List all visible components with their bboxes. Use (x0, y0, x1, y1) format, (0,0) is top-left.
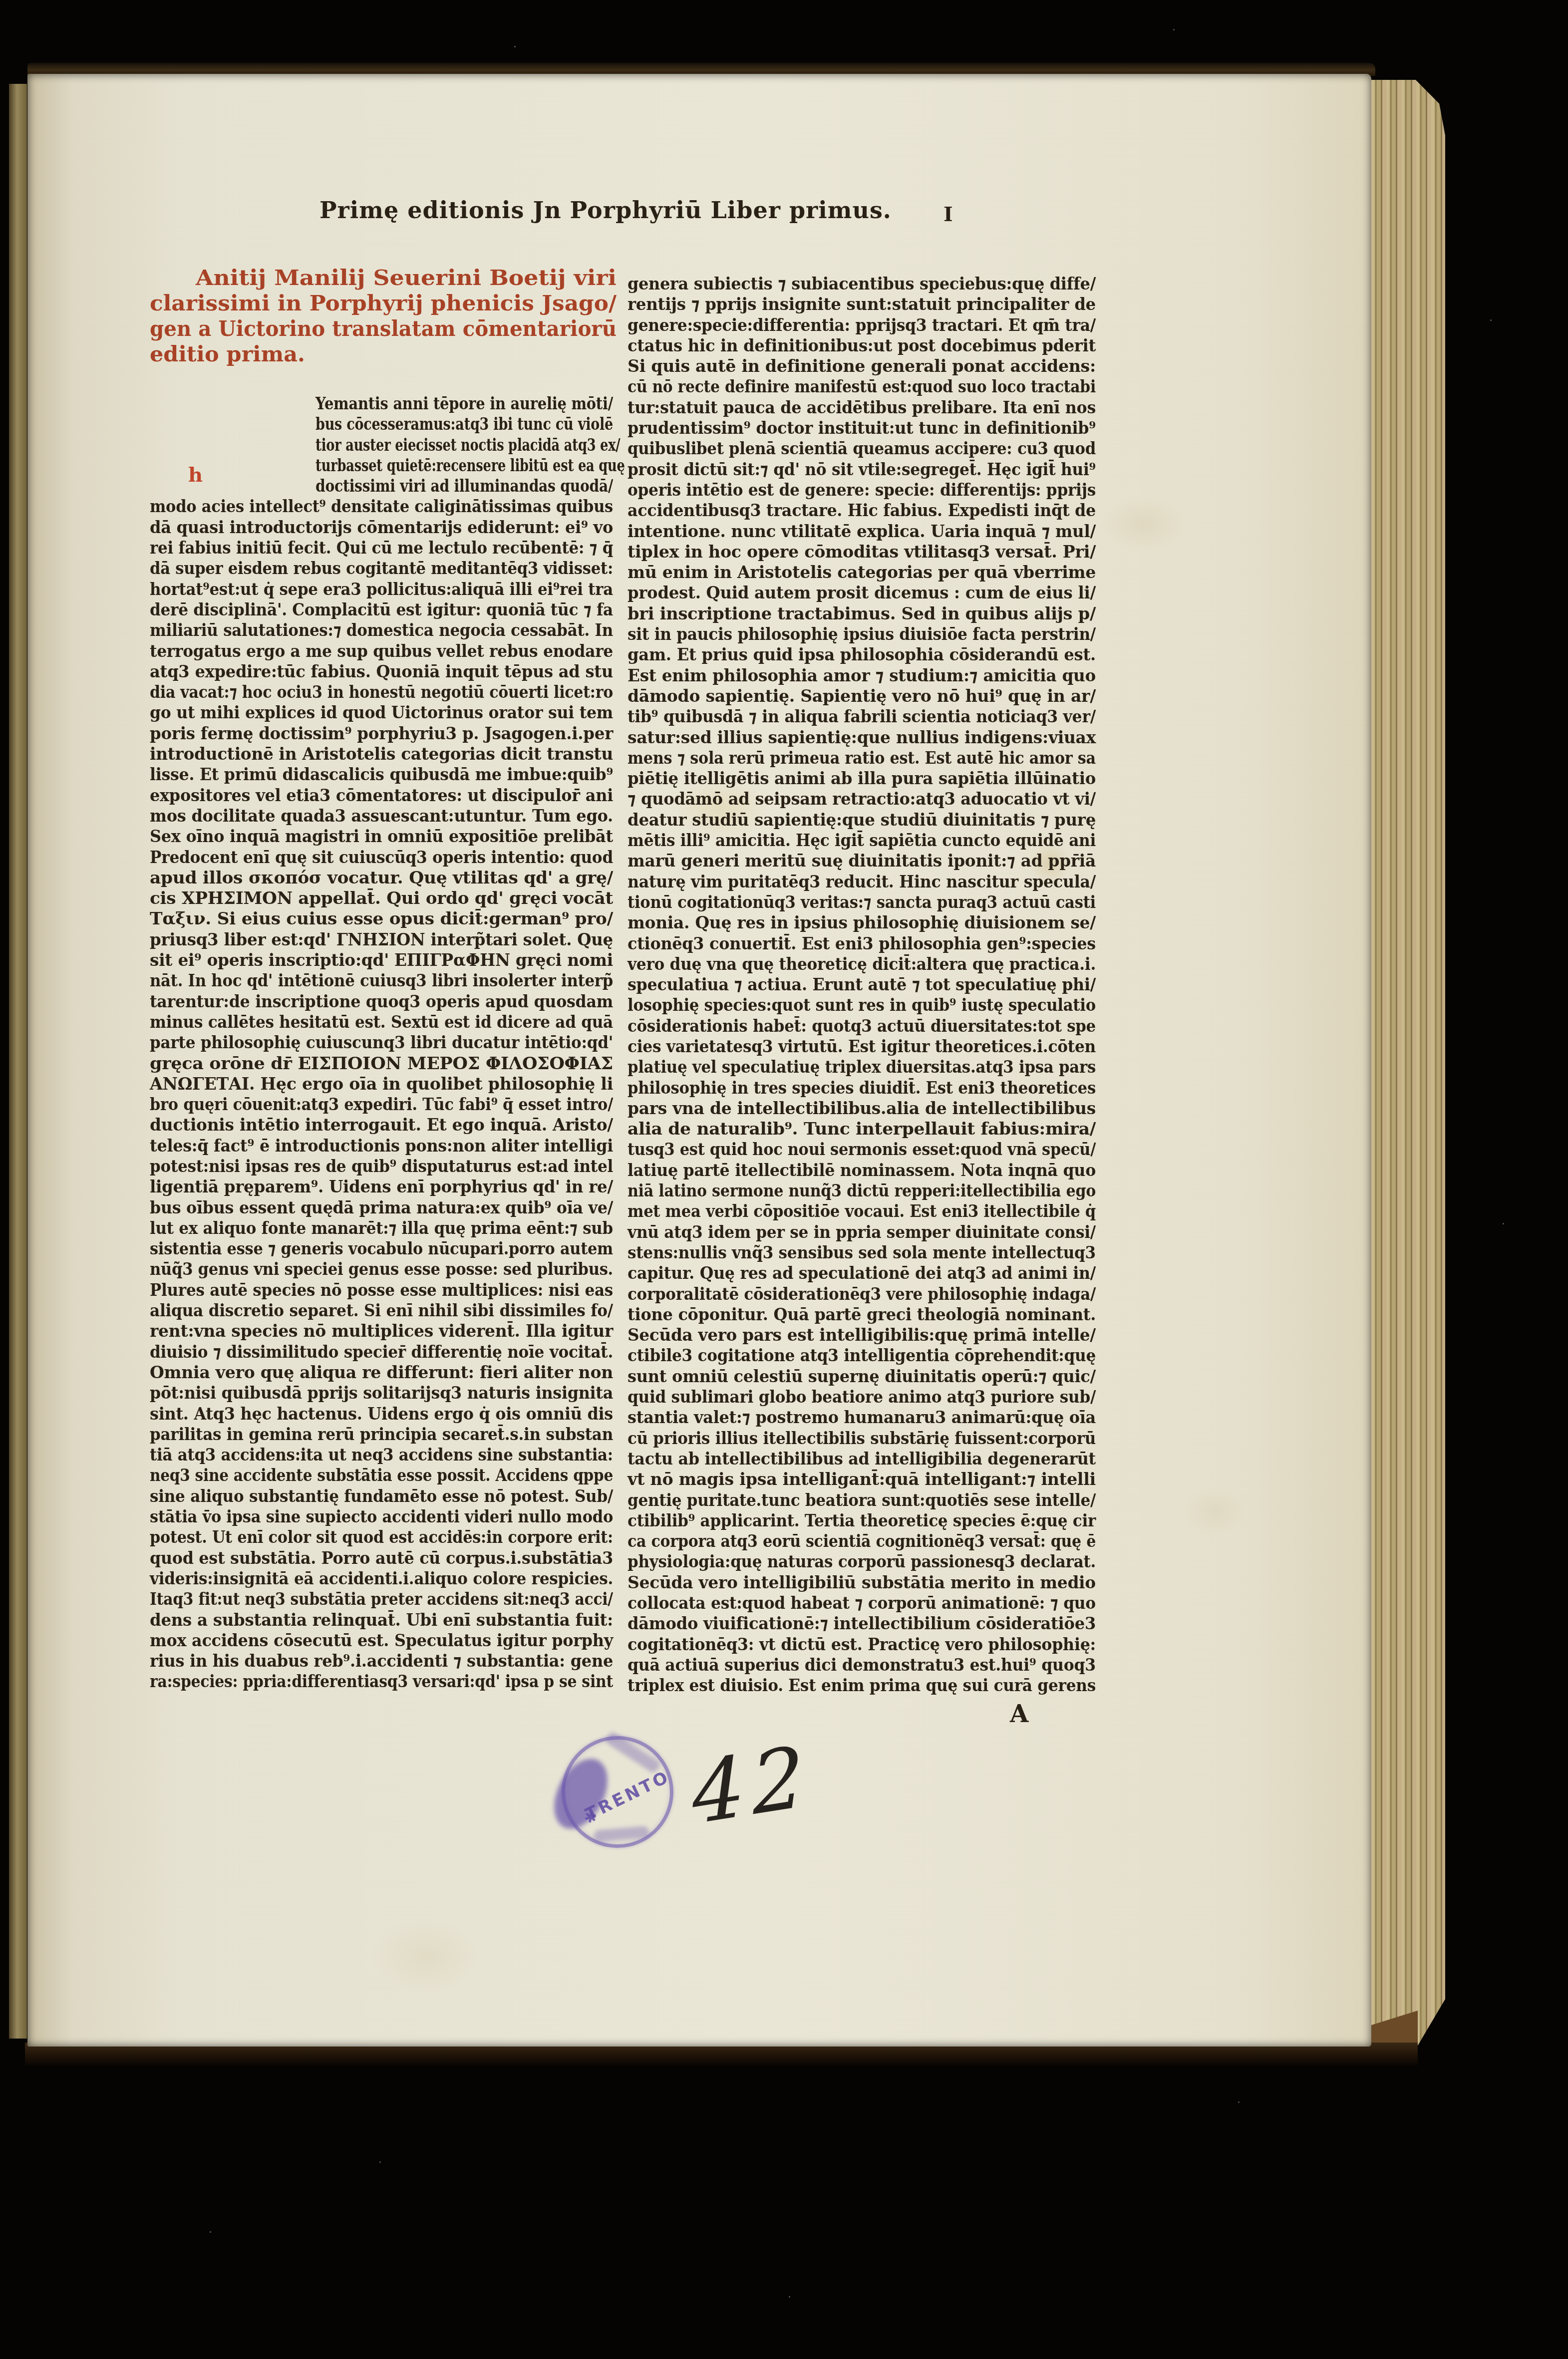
text-line: vero duę vna quę theoreticę dicit̄:alter… (627, 954, 1096, 974)
text-line: apud illos σκοπόσ vocatur. Quę vtilitas … (150, 868, 613, 888)
book-page: Primę editionis Jn Porphyriū Liber primu… (27, 74, 1371, 2047)
text-line: mos docilitate quada3 assuescant:utuntur… (150, 806, 613, 826)
dust-speck (1490, 319, 1492, 321)
text-line: bus cōcesseramus:atq3 ibi tunc cū violē (150, 414, 613, 434)
text-line: accidentibusq3 tractare. Hic fabius. Exp… (627, 500, 1096, 521)
dust-speck (1173, 29, 1175, 30)
text-line: genere:specie:differentia: pprijsq3 trac… (627, 315, 1096, 335)
text-line: lut ex aliquo fonte manarēt:⁊ illa quę p… (150, 1218, 613, 1238)
text-line: platiuę vel speculatiuę triplex diuersit… (627, 1057, 1096, 1077)
text-line: physiologia:quę naturas corporū passione… (627, 1551, 1096, 1572)
text-line: gentię puritate.tunc beatiora sunt:quoti… (627, 1490, 1096, 1510)
text-line: alia de naturalib⁹. Tunc interpellauit f… (627, 1119, 1096, 1139)
text-line: tione cōponitur. Quā partē greci theolog… (627, 1304, 1096, 1325)
text-line: ra:species: ppria:differentiasq3 versari… (150, 1671, 613, 1692)
text-line: quid sublimari globo beatiore animo atq3… (627, 1387, 1096, 1407)
text-line: diuisio ⁊ dissimilitudo specier̄ differe… (150, 1342, 613, 1362)
text-line: speculatiua ⁊ actiua. Erunt autē ⁊ tot s… (627, 974, 1096, 995)
book-photo: Primę editionis Jn Porphyriū Liber primu… (0, 0, 1568, 2359)
text-line: potest. Ut enī color sit quod est accidē… (150, 1527, 613, 1547)
text-line: mū enim in Aristotelis categorias per qu… (627, 562, 1096, 583)
text-line: parilitas in gemina rerū principia secar… (150, 1424, 613, 1445)
text-line: dia vacat:⁊ hoc ociu3 in honestū negotiū… (150, 682, 613, 702)
text-line: nūq̃3 genus vni speciei genus esse posse… (150, 1259, 613, 1279)
text-line: rei fabius initiū fecit. Qui cū me lectu… (150, 538, 613, 558)
text-line: videris:insignitā eā accidenti.i.aliquo … (150, 1568, 613, 1589)
text-line: Secūda vero intelligibiliū substātia mer… (627, 1572, 1096, 1593)
text-line: prosit dictū sit:⁊ qd' nō sit vtile:segr… (627, 459, 1096, 480)
text-line: doctissimi viri ad illuminandas quodā/ (150, 476, 613, 496)
text-line: priusq3 liber est:qd' ΓΝΗΣΙΟΝ interp̃tar… (150, 929, 613, 950)
text-line: modo acies intellect⁹ densitate caliginā… (150, 496, 613, 517)
signature-mark: A (1010, 1700, 1028, 1728)
text-line: dāmodo viuificationē:⁊ intellectibilium … (627, 1613, 1096, 1634)
text-line: neq3 sine accidente substātia esse possi… (150, 1465, 613, 1485)
text-line: losophię species:quot sunt res in quib⁹ … (627, 995, 1096, 1015)
text-line: dens a substantia relinquat̄. Ubi enī su… (150, 1610, 613, 1630)
text-line: dāmodo sapientię. Sapientię vero nō hui⁹… (627, 686, 1096, 706)
dust-speck (514, 46, 516, 47)
text-line: operis intētio est de genere: specie: di… (627, 480, 1096, 500)
text-line: stātia v̄o ipsa sine supiecto accidenti … (150, 1506, 613, 1527)
text-line: bro quęri cōuenit:atq3 expediri. Tūc fab… (150, 1094, 613, 1115)
text-line: Secūda vero pars est intelligibilis:quę … (627, 1325, 1096, 1345)
incipit-rubric: Anitij Manilij Seuerini Boetij viri clar… (150, 266, 617, 367)
text-line: mētis illi⁹ amicitia. Hęc igit̄ sapiētia… (627, 830, 1096, 851)
text-line: Ταξιν. Si eius cuius esse opus dicit̄:ge… (150, 908, 613, 929)
text-line: sistentia esse ⁊ generis vocabulo nūcupa… (150, 1238, 613, 1259)
text-line: cis ΧΡΗΣΙΜΟΝ appellat̄. Qui ordo qd' grę… (150, 888, 613, 908)
text-line: quod est substātia. Porro autē cū corpus… (150, 1548, 613, 1568)
text-line: genera subiectis ⁊ subiacentibus specieb… (627, 274, 1096, 294)
text-line: piētię itelligētis animi ab illa pura sa… (627, 768, 1096, 789)
text-line: nāt. In hoc qd' intētionē cuiusq3 libri … (150, 970, 613, 991)
text-line: ctionēq3 conuertit̄. Est eni3 philosophi… (627, 933, 1096, 954)
text-line: sit in paucis philosophię ipsius diuisiō… (627, 624, 1096, 644)
text-line: Itaq3 fit:ut neq3 substātia preter accid… (150, 1589, 613, 1609)
text-line: Yemantis anni tēpore in aurelię mōti/ (150, 393, 613, 414)
text-line: dā quasi introductorijs cōmentarijs edid… (150, 517, 613, 538)
incipit-line: editio prima. (150, 342, 617, 367)
dust-speck (210, 2231, 211, 2233)
text-line: Si quis autē in definitione generali pon… (627, 356, 1096, 376)
text-line: sine aliquo substantię fundamēto esse nō… (150, 1486, 613, 1506)
text-line: bri inscriptione tractabimus. Sed in qui… (627, 603, 1096, 624)
handwritten-shelf-number: 42 (689, 1727, 814, 1844)
dust-speck (379, 2161, 381, 2163)
text-line: ductionis intētio interrogauit. Et ego i… (150, 1115, 613, 1135)
fore-edge-page-stack (1371, 80, 1445, 2063)
text-line: ⁊ quodāmō ad seipsam retractio:atq3 aduo… (627, 789, 1096, 809)
text-column-left: Yemantis anni tēpore in aurelię mōti/bus… (150, 393, 613, 1692)
text-line: tusq3 est quid hoc noui sermonis esset:q… (627, 1139, 1096, 1160)
text-line: deatur studiū sapientię:que studiū diuin… (627, 810, 1096, 830)
text-line: corporalitatē cōsiderationēq3 vere philo… (627, 1284, 1096, 1304)
text-line: niā latino sermone nunq̃3 dictū repperi:… (627, 1180, 1096, 1201)
text-line: potest:nisi ipsas res de quib⁹ disputatu… (150, 1156, 613, 1177)
text-line: met mea verbi cōpositiōe vocaui. Est eni… (627, 1201, 1096, 1221)
text-line: collocata est:quod habeat ⁊ corporū anim… (627, 1593, 1096, 1613)
text-column-right: genera subiectis ⁊ subiacentibus specieb… (627, 274, 1096, 1696)
text-line: introductionē in Aristotelis categorias … (150, 744, 613, 764)
library-stamp: TRENTO ✱ (554, 1728, 681, 1856)
text-line: Predocent enī quę sit cuiuscūq3 operis i… (150, 847, 613, 868)
text-line: capitur. Quę res ad speculationē dei atq… (627, 1263, 1096, 1283)
text-line: triplex est diuisio. Est enim prima quę … (627, 1675, 1096, 1696)
text-line: lisse. Et primū didascalicis quibusdā me… (150, 764, 613, 785)
text-line: tiplex in hoc opere cōmoditas vtilitasq3… (627, 542, 1096, 562)
text-line: tior auster eiecisset noctis placidā atq… (150, 435, 613, 455)
text-line: tactu ab intellectibilibus ad intelligib… (627, 1449, 1096, 1469)
text-line: turbasset quietē:recensere libitū est ea… (150, 455, 613, 476)
running-title: Primę editionis Jn Porphyriū Liber primu… (319, 197, 874, 229)
text-line: ctibilib⁹ applicarint. Tertia theoreticę… (627, 1510, 1096, 1531)
text-line: ca corpora atq3 eorū scientiā cognitionē… (627, 1531, 1096, 1551)
text-line: tur:statuit pauca de accidētibus preliba… (627, 397, 1096, 418)
text-line: quibuslibet plenā scientiā queamus accip… (627, 438, 1096, 459)
text-line: teles:q̄ fact⁹ ē introductionis pons:non… (150, 1136, 613, 1156)
text-line: aliqua discretio separet. Si enī nihil s… (150, 1300, 613, 1321)
dust-speck (1503, 1223, 1504, 1224)
text-line: cies varietatesq3 virtutū. Est igitur th… (627, 1036, 1096, 1057)
dust-speck (789, 2296, 790, 2298)
text-line: cogitationēq3: vt dictū est. Practicę ve… (627, 1634, 1096, 1655)
text-line: pōt:nisi quibusdā pprijs solitarijsq3 na… (150, 1383, 613, 1403)
text-line: miliariū salutationes:⁊ domestica negoci… (150, 620, 613, 640)
text-line: Plures autē species nō posse esse multip… (150, 1280, 613, 1300)
text-line: quā actiuā superius dici demonstratu3 es… (627, 1655, 1096, 1675)
text-line: minus callētes hesitatū est. Sextū est i… (150, 1012, 613, 1032)
text-line: pars vna de intellectibilibus.alia de in… (627, 1098, 1096, 1119)
text-line: dā super eisdem rebus cogitantē meditant… (150, 558, 613, 579)
text-line: go ut mihi explices id quod Uictorinus o… (150, 702, 613, 723)
text-line: rius in his duabus reb⁹.i.accidenti ⁊ su… (150, 1651, 613, 1671)
text-line: monia. Quę res in ipsius philosophię diu… (627, 912, 1096, 933)
text-line: prudentissim⁹ doctor instituit:ut tunc i… (627, 418, 1096, 438)
text-line: mens ⁊ sola rerū primeua ratio est. Est … (627, 748, 1096, 768)
dust-speck (1238, 2101, 1240, 2103)
text-line: expositores vel etia3 cōmentatores: ut d… (150, 785, 613, 806)
text-line: mox accidens cōsecutū est. Speculatus ig… (150, 1630, 613, 1651)
text-line: vnū atq3 idem per se in ppria semper diu… (627, 1222, 1096, 1242)
text-line: bus oībus essent quędā prima natura:ex q… (150, 1197, 613, 1218)
text-line: tib⁹ quibusdā ⁊ in aliqua fabrili scient… (627, 706, 1096, 727)
text-line: cū nō recte definire manifestū est:quod … (627, 376, 1096, 397)
text-line: sit ei⁹ operis inscriptio:qd' ΕΠΙΓΡαΦΗΝ … (150, 950, 613, 970)
text-line: parte philosophię cuiuscunq3 libri ducat… (150, 1032, 613, 1053)
text-line: philosophię in tres species diuidit̄. Es… (627, 1078, 1096, 1098)
text-line: prodest. Quid autem prosit dicemus : cum… (627, 583, 1096, 603)
text-line: gam. Et prius quid ipsa philosophia cōsi… (627, 644, 1096, 665)
text-line: stens:nullis vnq̃3 sensibus sed sola men… (627, 1242, 1096, 1263)
text-line: poris fermę doctissim⁹ porphyriu3 p. Jsa… (150, 723, 613, 744)
text-line: ligentiā pręparem⁹. Uidens enī porphyriu… (150, 1177, 613, 1197)
text-line: tionū cogitationūq3 veritas:⁊ sancta pur… (627, 892, 1096, 912)
text-line: intentione. nunc vtilitatē explica. Uari… (627, 521, 1096, 542)
text-line: cū prioris illius itellectibilis substār… (627, 1428, 1096, 1449)
text-line: derē disciplinā'. Complacitū est igitur:… (150, 599, 613, 620)
text-line: rentijs ⁊ pprijs insignite sunt:statuit … (627, 294, 1096, 314)
text-line: Omnia vero quę aliqua re differunt: fier… (150, 1362, 613, 1383)
text-line: sint. Atq3 hęc hactenus. Uidens ergo q̇ … (150, 1404, 613, 1424)
text-line: stantia valet:⁊ postremo humanaru3 anima… (627, 1407, 1096, 1428)
text-line: tiā atq3 accidens:ita ut neq3 accidens s… (150, 1445, 613, 1465)
text-line: cōsiderationis habet̄: quotq3 actuū diue… (627, 1016, 1096, 1036)
text-line: atq3 expedire:tūc fabius. Quoniā inquit … (150, 661, 613, 682)
incipit-line: Anitij Manilij Seuerini Boetij viri (150, 266, 617, 291)
text-line: rent:vna species nō multiplices viderent… (150, 1321, 613, 1341)
text-line: Sex oīno inquā magistri in omniū exposit… (150, 826, 613, 847)
text-line: tarentur:de inscriptione quoq3 operis ap… (150, 991, 613, 1012)
text-line: ctibile3 cogitatione atq3 intelligentia … (627, 1345, 1096, 1366)
text-line: hortat⁹est:ut q̇ sepe era3 pollicitus:al… (150, 579, 613, 599)
text-line: gręca orōne dr̄ ΕΙΣΠΟΙΟΝ ΜΕΡΟΣ ΦΙΛΟΣΟΦΙΑ… (150, 1053, 613, 1074)
text-line: naturę vim puritatēq3 reducit. Hinc nasc… (627, 872, 1096, 892)
incipit-line: gen a Uictorino translatam cōmentariorū (150, 316, 617, 342)
gutter-page-sliver (9, 84, 27, 2039)
folio-number: I (943, 203, 953, 226)
text-line: Est enim philosophia amor ⁊ studium:⁊ am… (627, 665, 1096, 686)
text-line: latiuę partē itellectibilē nominassem. N… (627, 1160, 1096, 1180)
incipit-line: clarissimi in Porphyrij phenicis Jsago/ (150, 291, 617, 316)
text-line: ΑΝΩΓΕΤΑΙ. Hęc ergo oīa in quolibet philo… (150, 1074, 613, 1094)
text-line: sunt omniū celestiū supernę diuinitatis … (627, 1366, 1096, 1387)
text-line: ctatus hic in definitionibus:ut post doc… (627, 335, 1096, 356)
text-line: terrogatus ergo a me sup quibus vellet r… (150, 641, 613, 661)
text-line: vt nō magis ipsa intelligant̄:quā intell… (627, 1469, 1096, 1489)
text-line: marū generi meritū suę diuinitatis iponi… (627, 851, 1096, 871)
text-line: satur:sed illius sapientię:que nullius i… (627, 727, 1096, 748)
